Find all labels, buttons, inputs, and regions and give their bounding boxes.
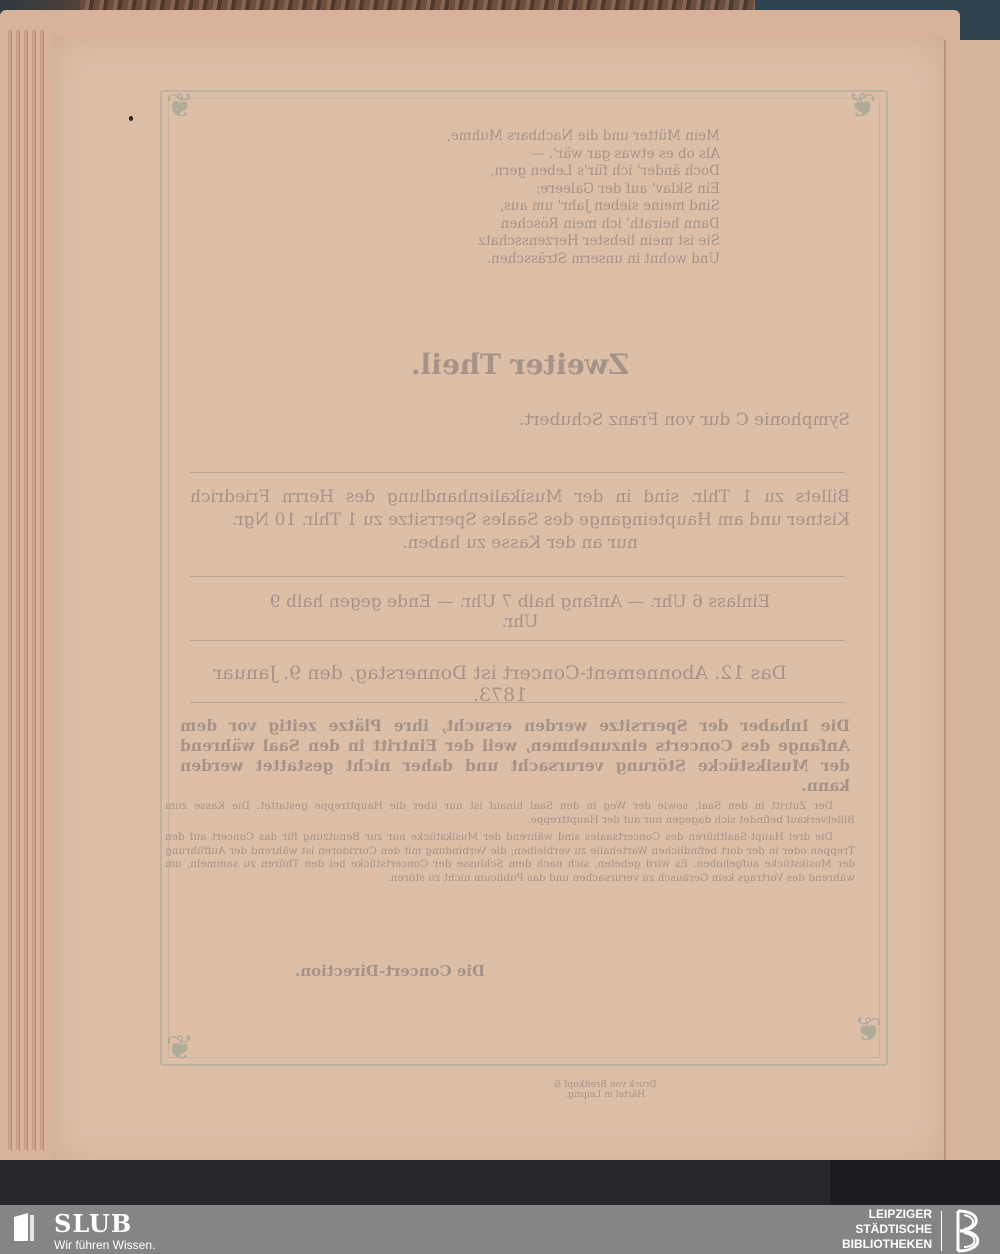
section-heading: Zweiter Theil. <box>300 348 740 381</box>
symphony-line: Symphonie C dur von Franz Schubert. <box>480 410 850 430</box>
ornament-corner-icon: ❦ <box>848 1010 888 1050</box>
next-concert-line: Das 12. Abonnement-Concert ist Donnersta… <box>200 662 800 706</box>
seating-notice: Die Inhaber der Sperrsitze werden ersuch… <box>180 716 850 796</box>
divider <box>190 576 845 577</box>
lsb-logo-text: LEIPZIGER STÄDTISCHE BIBLIOTHEKEN <box>842 1207 932 1252</box>
slub-logo-tagline: Wir führen Wissen. <box>54 1238 155 1252</box>
tickets-paragraph: Billets zu 1 Thlr. sind in der Musikalie… <box>190 486 850 555</box>
ornament-corner-icon: ❦ <box>160 86 200 126</box>
slub-logo-title: SLUB <box>54 1209 132 1238</box>
printer-imprint: Druck von Breitkopf & Härtel in Leipzig. <box>540 1080 670 1100</box>
ornament-corner-icon: ❦ <box>842 86 882 126</box>
footer-bar: SLUB Wir führen Wissen. LEIPZIGER STÄDTI… <box>0 1205 1000 1254</box>
divider <box>190 472 845 473</box>
logo-separator <box>941 1211 942 1251</box>
slub-book-icon <box>12 1211 36 1243</box>
scan-background <box>0 1160 1000 1205</box>
ornament-corner-icon: ❦ <box>160 1028 200 1068</box>
signature: Die Concert-Direction. <box>260 962 520 980</box>
lsb-b-icon <box>952 1209 988 1253</box>
small-print: Der Zutritt in den Saal, sowie der Weg i… <box>165 800 855 889</box>
ink-speck <box>129 116 133 121</box>
divider <box>190 640 845 641</box>
facing-page-edge <box>944 40 1000 1160</box>
poem-stanza: Mein Mütter und die Nachbars Muhme, Als … <box>430 128 720 268</box>
times-line: Einlass 6 Uhr. — Anfang halb 7 Uhr. — En… <box>250 592 790 632</box>
divider <box>190 702 845 703</box>
